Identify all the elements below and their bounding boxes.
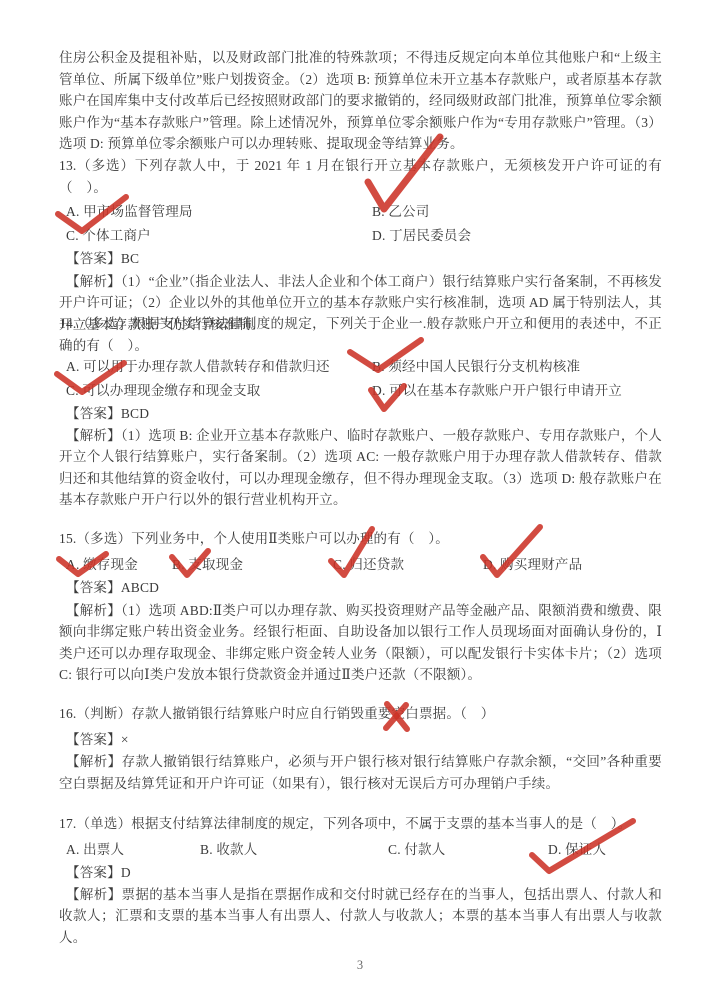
analysis-text: （1）选项 ABD:Ⅱ类户可以办理存款、购买投资理财产品等金融产品、限额消费和缴…: [59, 603, 662, 683]
answer-value: ABCD: [121, 580, 159, 595]
question-14-options-row-1: A. 可以用于办理存款人借款转存和借款归还B. 须经中国人民银行分支机构核准: [59, 356, 662, 378]
paragraph-text: 住房公积金及提租补贴，以及财政部门批准的特殊款项；不得违反规定向本单位其他账户和…: [59, 47, 662, 155]
answer-label: 【答案】: [66, 406, 121, 421]
option-b: B. 乙公司: [372, 201, 429, 223]
question-14-answer: 【答案】BCD: [59, 403, 662, 425]
option-c: C. 付款人: [388, 839, 548, 861]
question-14-stem: 14.（多选）根据支付结算法律制度的规定，下列关于企业一.般存款账户开立和便用的…: [59, 313, 662, 356]
question-15: 15.（多选）下列业务中，个人使用Ⅱ类账户可以办理的有（ ）。 A. 缴存现金B…: [59, 528, 662, 686]
option-a: A. 出票人: [66, 839, 200, 861]
option-c: C. 个体工商户: [66, 225, 372, 247]
analysis-label: 【解析】: [66, 428, 121, 443]
option-c: C. 可以办理现金缴存和现金支取: [66, 380, 372, 402]
option-c: C. 归还贷款: [333, 554, 483, 576]
analysis-text: 票据的基本当事人是指在票据作成和交付时就已经存在的当事人，包括出票人、付款人和收…: [59, 887, 662, 945]
analysis-label: 【解析】: [66, 274, 121, 289]
option-b: B. 支取现金: [172, 554, 333, 576]
analysis-text: 存款人撤销银行结算账户，必须与开户银行核对银行结算账户存款余额，“交回”各种重要…: [59, 754, 662, 791]
answer-value: BCD: [121, 406, 149, 421]
answer-value: ×: [121, 732, 129, 747]
option-a: A. 可以用于办理存款人借款转存和借款归还: [66, 356, 372, 378]
question-16: 16.（判断）存款人撤销银行结算账户时应自行销毁重要空白票据。（ ） 【答案】×…: [59, 703, 662, 794]
page-number: 3: [0, 958, 720, 973]
option-a: A. 甲市场监督管理局: [66, 201, 372, 223]
question-13-options-row-1: A. 甲市场监督管理局B. 乙公司: [59, 201, 662, 223]
analysis-text: （1）选项 B: 企业开立基本存款账户、临时存款账户、一般存款账户、专用存款账户…: [59, 428, 662, 508]
question-13-answer: 【答案】BC: [59, 248, 662, 270]
question-14: 14.（多选）根据支付结算法律制度的规定，下列关于企业一.般存款账户开立和便用的…: [59, 313, 662, 511]
question-13: 13.（多选）下列存款人中，于 2021 年 1 月在银行开立基本存款账户，无须…: [59, 155, 662, 335]
analysis-label: 【解析】: [66, 754, 122, 769]
question-15-stem: 15.（多选）下列业务中，个人使用Ⅱ类账户可以办理的有（ ）。: [59, 528, 662, 550]
answer-label: 【答案】: [66, 251, 121, 266]
question-16-analysis: 【解析】存款人撤销银行结算账户，必须与开户银行核对银行结算账户存款余额，“交回”…: [59, 751, 662, 794]
answer-label: 【答案】: [66, 865, 121, 880]
option-a: A. 缴存现金: [66, 554, 172, 576]
question-17-options-row: A. 出票人B. 收款人C. 付款人D. 保证人: [59, 839, 662, 861]
answer-label: 【答案】: [66, 732, 121, 747]
question-17-stem: 17.（单选）根据支付结算法律制度的规定，下列各项中，不属于支票的基本当事人的是…: [59, 813, 662, 835]
intro-continuation-paragraph: 住房公积金及提租补贴，以及财政部门批准的特殊款项；不得违反规定向本单位其他账户和…: [59, 47, 662, 155]
answer-value: BC: [121, 251, 139, 266]
analysis-label: 【解析】: [66, 603, 121, 618]
question-13-stem: 13.（多选）下列存款人中，于 2021 年 1 月在银行开立基本存款账户，无须…: [59, 155, 662, 198]
question-15-options-row: A. 缴存现金B. 支取现金C. 归还贷款D. 购买理财产品: [59, 554, 662, 576]
answer-label: 【答案】: [66, 580, 121, 595]
option-b: B. 收款人: [200, 839, 388, 861]
question-16-stem: 16.（判断）存款人撤销银行结算账户时应自行销毁重要空白票据。（ ）: [59, 703, 662, 725]
option-d: D. 保证人: [548, 839, 606, 861]
question-17-analysis: 【解析】票据的基本当事人是指在票据作成和交付时就已经存在的当事人，包括出票人、付…: [59, 884, 662, 949]
option-d: D. 购买理财产品: [483, 554, 582, 576]
option-d: D. 丁居民委员会: [372, 225, 471, 247]
question-13-options-row-2: C. 个体工商户D. 丁居民委员会: [59, 225, 662, 247]
answer-value: D: [121, 865, 131, 880]
question-15-analysis: 【解析】（1）选项 ABD:Ⅱ类户可以办理存款、购买投资理财产品等金融产品、限额…: [59, 600, 662, 686]
question-14-options-row-2: C. 可以办理现金缴存和现金支取D. 可以在基本存款账户开户银行申请开立: [59, 380, 662, 402]
question-14-analysis: 【解析】（1）选项 B: 企业开立基本存款账户、临时存款账户、一般存款账户、专用…: [59, 425, 662, 511]
option-d: D. 可以在基本存款账户开户银行申请开立: [372, 380, 622, 402]
document-page: 住房公积金及提租补贴，以及财政部门批准的特殊款项；不得违反规定向本单位其他账户和…: [0, 0, 720, 1006]
option-b: B. 须经中国人民银行分支机构核准: [372, 356, 580, 378]
question-15-answer: 【答案】ABCD: [59, 577, 662, 599]
analysis-label: 【解析】: [66, 887, 121, 902]
question-17: 17.（单选）根据支付结算法律制度的规定，下列各项中，不属于支票的基本当事人的是…: [59, 813, 662, 948]
question-17-answer: 【答案】D: [59, 862, 662, 884]
question-16-answer: 【答案】×: [59, 729, 662, 751]
